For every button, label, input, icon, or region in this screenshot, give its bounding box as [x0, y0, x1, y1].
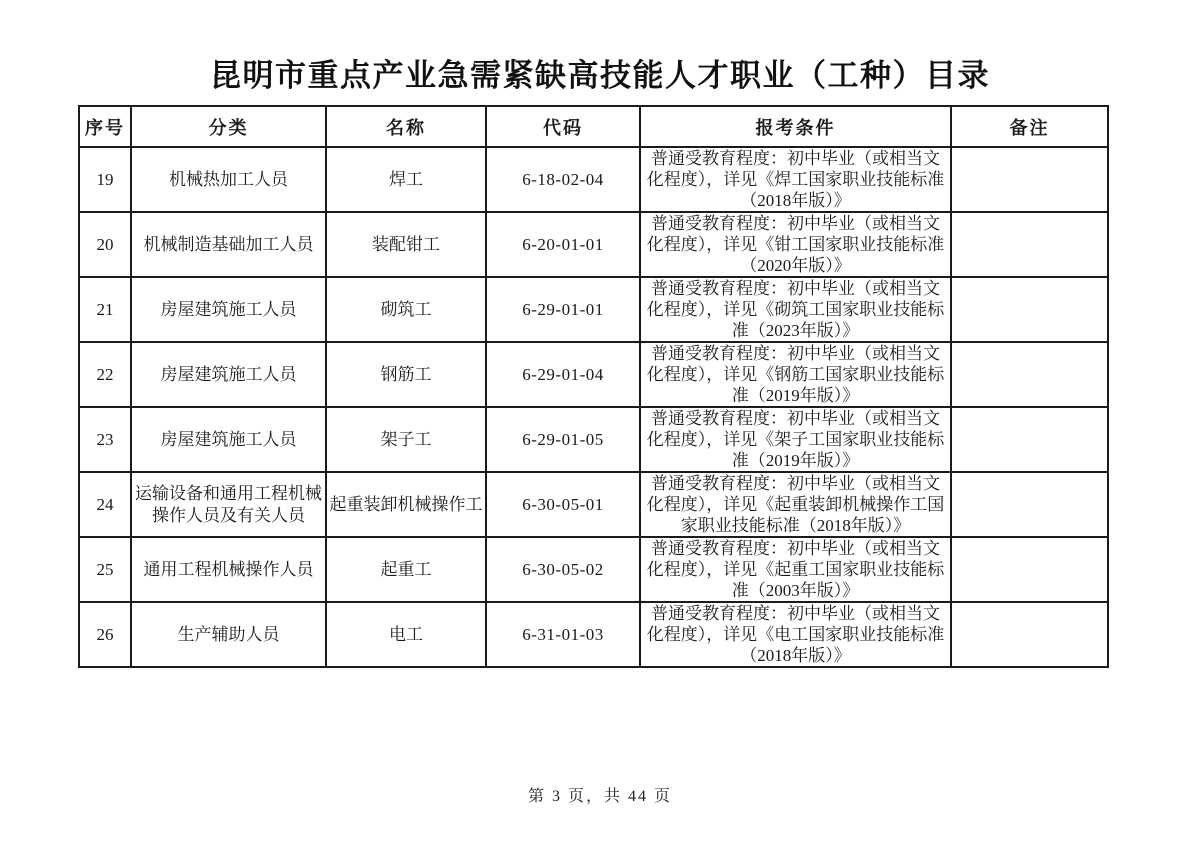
cell-code: 6-18-02-04 [486, 147, 640, 212]
cell-category: 机械制造基础加工人员 [131, 212, 326, 277]
cell-name: 电工 [326, 602, 486, 667]
col-header-remark: 备注 [951, 106, 1108, 147]
table-row: 21 房屋建筑施工人员 砌筑工 6-29-01-01 普通受教育程度：初中毕业（… [79, 277, 1108, 342]
cell-name: 起重装卸机械操作工 [326, 472, 486, 537]
table-header-row: 序号 分类 名称 代码 报考条件 备注 [79, 106, 1108, 147]
cell-remark [951, 602, 1108, 667]
col-header-no: 序号 [79, 106, 131, 147]
cell-category: 房屋建筑施工人员 [131, 407, 326, 472]
table-row: 22 房屋建筑施工人员 钢筋工 6-29-01-04 普通受教育程度：初中毕业（… [79, 342, 1108, 407]
cell-name: 砌筑工 [326, 277, 486, 342]
cell-condition: 普通受教育程度：初中毕业（或相当文化程度），详见《架子工国家职业技能标准（201… [640, 407, 951, 472]
cell-category: 运输设备和通用工程机械操作人员及有关人员 [131, 472, 326, 537]
cell-name: 装配钳工 [326, 212, 486, 277]
cell-name: 起重工 [326, 537, 486, 602]
cell-code: 6-20-01-01 [486, 212, 640, 277]
table-row: 26 生产辅助人员 电工 6-31-01-03 普通受教育程度：初中毕业（或相当… [79, 602, 1108, 667]
table-row: 20 机械制造基础加工人员 装配钳工 6-20-01-01 普通受教育程度：初中… [79, 212, 1108, 277]
cell-remark [951, 342, 1108, 407]
cell-code: 6-30-05-02 [486, 537, 640, 602]
cell-name: 焊工 [326, 147, 486, 212]
cell-condition: 普通受教育程度：初中毕业（或相当文化程度），详见《起重装卸机械操作工国家职业技能… [640, 472, 951, 537]
cell-no: 22 [79, 342, 131, 407]
cell-remark [951, 147, 1108, 212]
cell-remark [951, 212, 1108, 277]
col-header-category: 分类 [131, 106, 326, 147]
cell-name: 架子工 [326, 407, 486, 472]
cell-code: 6-30-05-01 [486, 472, 640, 537]
cell-category: 生产辅助人员 [131, 602, 326, 667]
page-number: 第 3 页，共 44 页 [0, 783, 1200, 806]
col-header-code: 代码 [486, 106, 640, 147]
cell-code: 6-31-01-03 [486, 602, 640, 667]
cell-no: 21 [79, 277, 131, 342]
cell-remark [951, 407, 1108, 472]
occupation-catalog-table: 序号 分类 名称 代码 报考条件 备注 19 机械热加工人员 焊工 6-18-0… [78, 105, 1109, 668]
cell-no: 23 [79, 407, 131, 472]
cell-name: 钢筋工 [326, 342, 486, 407]
cell-code: 6-29-01-01 [486, 277, 640, 342]
cell-remark [951, 277, 1108, 342]
cell-code: 6-29-01-04 [486, 342, 640, 407]
cell-category: 机械热加工人员 [131, 147, 326, 212]
cell-condition: 普通受教育程度：初中毕业（或相当文化程度），详见《电工国家职业技能标准（2018… [640, 602, 951, 667]
cell-no: 20 [79, 212, 131, 277]
cell-condition: 普通受教育程度：初中毕业（或相当文化程度），详见《起重工国家职业技能标准（200… [640, 537, 951, 602]
cell-no: 19 [79, 147, 131, 212]
cell-remark [951, 537, 1108, 602]
cell-category: 房屋建筑施工人员 [131, 342, 326, 407]
cell-condition: 普通受教育程度：初中毕业（或相当文化程度），详见《钳工国家职业技能标准（2020… [640, 212, 951, 277]
col-header-condition: 报考条件 [640, 106, 951, 147]
table-row: 19 机械热加工人员 焊工 6-18-02-04 普通受教育程度：初中毕业（或相… [79, 147, 1108, 212]
table-row: 23 房屋建筑施工人员 架子工 6-29-01-05 普通受教育程度：初中毕业（… [79, 407, 1108, 472]
table-row: 24 运输设备和通用工程机械操作人员及有关人员 起重装卸机械操作工 6-30-0… [79, 472, 1108, 537]
cell-code: 6-29-01-05 [486, 407, 640, 472]
cell-remark [951, 472, 1108, 537]
cell-category: 通用工程机械操作人员 [131, 537, 326, 602]
document-page: 昆明市重点产业急需紧缺高技能人才职业（工种）目录 序号 分类 名称 代码 报考条… [0, 0, 1200, 848]
cell-condition: 普通受教育程度：初中毕业（或相当文化程度），详见《砌筑工国家职业技能标准（202… [640, 277, 951, 342]
table-row: 25 通用工程机械操作人员 起重工 6-30-05-02 普通受教育程度：初中毕… [79, 537, 1108, 602]
cell-condition: 普通受教育程度：初中毕业（或相当文化程度），详见《钢筋工国家职业技能标准（201… [640, 342, 951, 407]
cell-no: 26 [79, 602, 131, 667]
cell-category: 房屋建筑施工人员 [131, 277, 326, 342]
cell-no: 25 [79, 537, 131, 602]
cell-condition: 普通受教育程度：初中毕业（或相当文化程度），详见《焊工国家职业技能标准（2018… [640, 147, 951, 212]
cell-no: 24 [79, 472, 131, 537]
page-title: 昆明市重点产业急需紧缺高技能人才职业（工种）目录 [0, 50, 1200, 95]
col-header-name: 名称 [326, 106, 486, 147]
